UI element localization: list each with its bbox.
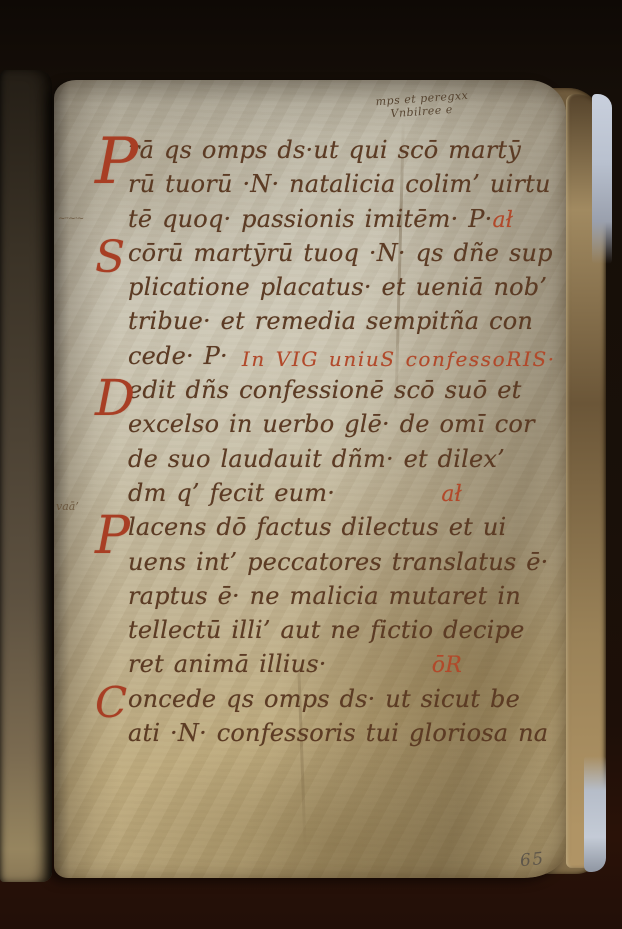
facing-page-edge (0, 70, 52, 882)
prayer-text: ret animā illius· (128, 650, 327, 678)
text-line: ati ·N· confessoris tui gloriosa na (95, 719, 517, 753)
text-line: Dedit dñs confessionē scō suō et (95, 376, 517, 410)
text-line: plicatione placatus· et ueniā nob’ (95, 273, 517, 307)
page-edge-highlight-bottom (584, 756, 606, 872)
manuscript-photo: mps et peregxx Vnbilree e ~··~·~ vaā’ Pr… (0, 0, 622, 929)
prayer-text: oncede qs omps ds· ut sicut be (128, 685, 520, 713)
text-line: cede· P·In VIG uniuS confessoRIS· (95, 342, 517, 376)
prayer-text: raptus ē· ne malicia mutaret in (128, 582, 521, 610)
text-line: Scōrū martȳrū tuoq ·N· qs dñe sup (95, 239, 517, 273)
text-line: uens int’ peccatores translatus ē· (95, 548, 517, 582)
prayer-text: uens int’ peccatores translatus ē· (128, 548, 548, 576)
text-line: dm q’ fecit eum·ał (95, 479, 517, 513)
prayer-text: cede· P· (128, 342, 228, 370)
text-line: Prā qs omps ds·ut qui scō martȳ (95, 136, 517, 170)
prayer-text: rū tuorū ·N· natalicia colim’ uirtu (128, 170, 551, 198)
folio-number: 65 (519, 849, 546, 871)
red-abbreviation-mark: ał (441, 482, 462, 507)
prayer-text: ati ·N· confessoris tui gloriosa na (128, 719, 548, 747)
prayer-text: tribue· et remedia sempitña con (128, 307, 533, 335)
text-block: Prā qs omps ds·ut qui scō martȳrū tuorū … (95, 136, 517, 753)
prayer-text: rā qs omps ds·ut qui scō martȳ (128, 136, 521, 164)
prayer-text: lacens dō factus dilectus et ui (128, 513, 506, 541)
text-line: Placens dō factus dilectus et ui (95, 513, 517, 547)
text-line: raptus ē· ne malicia mutaret in (95, 582, 517, 616)
prayer-text: dm q’ fecit eum· (128, 479, 335, 507)
drop-cap-initial: C (95, 682, 127, 724)
prayer-text: edit dñs confessionē scō suō et (128, 376, 522, 404)
prayer-text: plicatione placatus· et ueniā nob’ (128, 273, 547, 301)
text-line: tellectū illi’ aut ne fictio decipe (95, 616, 517, 650)
prayer-text: de suo laudauit dñm· et dilex’ (128, 445, 505, 473)
text-line: rū tuorū ·N· natalicia colim’ uirtu (95, 170, 517, 204)
prayer-text: excelso in uerbo glē· de omī cor (128, 410, 535, 438)
page-edge-highlight-top (592, 94, 612, 264)
text-line: Concede qs omps ds· ut sicut be (95, 685, 517, 719)
text-line: tē quoq· passionis imitēm· P·ał (95, 205, 517, 239)
rubric-heading: In VIG uniuS confessoRIS· (242, 347, 556, 371)
left-margin-note: vaā’ (56, 500, 79, 513)
text-line: excelso in uerbo glē· de omī cor (95, 410, 517, 444)
text-line: de suo laudauit dñm· et dilex’ (95, 445, 517, 479)
text-line: ret animā illius·ōR (95, 650, 517, 684)
text-line: tribue· et remedia sempitña con (95, 307, 517, 341)
prayer-text: tē quoq· passionis imitēm· P· (128, 205, 492, 233)
red-abbreviation-mark: ał (492, 208, 513, 233)
prayer-text: cōrū martȳrū tuoq ·N· qs dñe sup (128, 239, 553, 267)
red-abbreviation-mark: ōR (432, 653, 462, 678)
prayer-text: tellectū illi’ aut ne fictio decipe (128, 616, 525, 644)
left-margin-note: ~··~·~ (58, 214, 83, 224)
